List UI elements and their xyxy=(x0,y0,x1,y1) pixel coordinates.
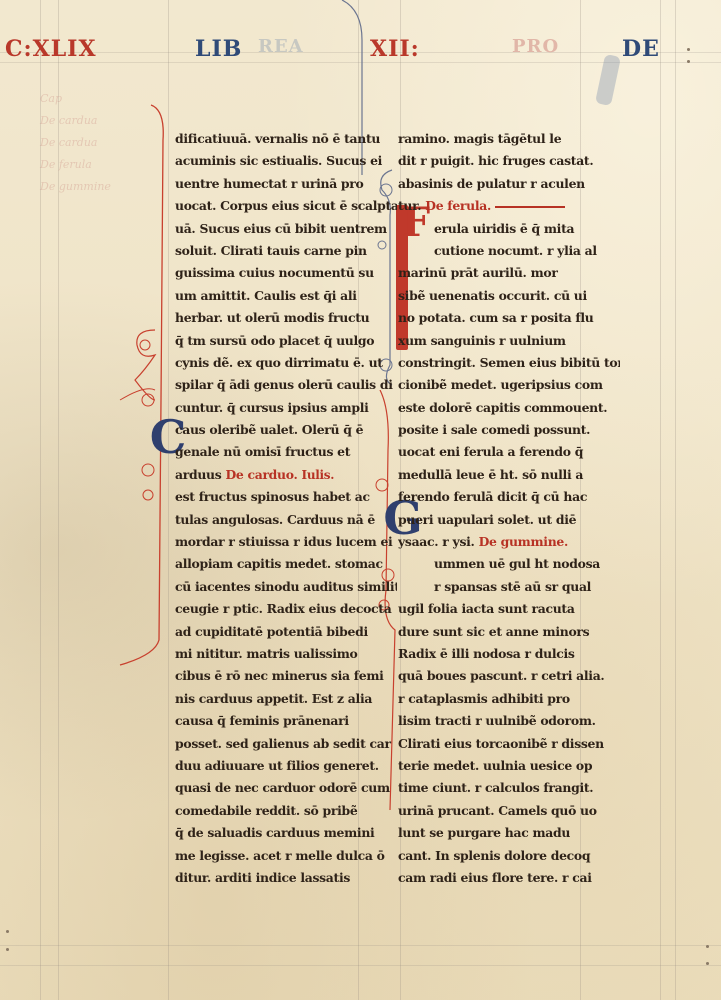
text-line: me legisse. acet r melle dulca ō xyxy=(175,845,397,867)
text-line: cū iacentes sinodu auditus similit xyxy=(175,576,397,598)
text-line: abasinis de pulatur r aculen xyxy=(398,173,620,195)
text-line: lunt se purgare hac madu xyxy=(398,822,620,844)
text-line: r spansas stē aū sr qual xyxy=(398,576,620,598)
text-line: causa q̄ feminis prānenari xyxy=(175,710,397,732)
text-line: nis carduus appetit. Est z alia xyxy=(175,688,397,710)
text-line: marinū prāt aurilū. mor xyxy=(398,262,620,284)
text-line: sibẽ uenenatis occurit. cū ui xyxy=(398,285,620,307)
text-line: uocat. Corpus eius sicut ē scalpta xyxy=(175,195,397,217)
text-line: erula uiridis ē q̄ mita xyxy=(398,218,620,240)
chapter-heading-line: arduus De carduo. Iulis. xyxy=(175,464,397,486)
text-line: ceugie r ptic. Radix eius decocta xyxy=(175,598,397,620)
text-line: uā. Sucus eius cū bibit uentrem xyxy=(175,218,397,240)
text-line: genale nū omisī fructus et xyxy=(175,441,397,463)
bleed-through-text: REA xyxy=(258,36,304,57)
text-line: ramino. magis tāgētul le xyxy=(398,128,620,150)
text-line: spilar q̄ ādi genus olerū caulis di xyxy=(175,374,397,396)
rubric-heading: De carduo. xyxy=(225,467,297,482)
ruling-line xyxy=(0,945,721,946)
text-line: tulas angulosas. Carduus nā ē xyxy=(175,509,397,531)
text-line: quā boues pascunt. r cetri alia. xyxy=(398,665,620,687)
marginal-note: De gummine xyxy=(40,176,120,198)
marginal-index: Cap De cardua De cardua De ferula De gum… xyxy=(40,88,120,198)
text-line: q̄ tm sursū odo placet q̄ uulgo xyxy=(175,330,397,352)
text-line: ad cupiditatē potentiā bibedi xyxy=(175,621,397,643)
text-line: posite i sale comedi possunt. xyxy=(398,419,620,441)
text-line: dure sunt sic et anne minors xyxy=(398,621,620,643)
text-line: um amittit. Caulis est q̄i ali xyxy=(175,285,397,307)
pricking-hole xyxy=(6,930,9,933)
text-line: herbar. ut olerū modis fructu xyxy=(175,307,397,329)
rubric-heading-ferula: De ferula. xyxy=(425,198,491,213)
text-column-right: ramino. magis tāgētul le dit r puigit. h… xyxy=(398,128,620,889)
rubric-heading-gummi: De gummine. xyxy=(479,534,568,549)
chapter-number: C:XLIX xyxy=(5,36,97,62)
text-line: cibus ē rō nec minerus sia femi xyxy=(175,665,397,687)
text-line: ditur. arditi indice lassatis xyxy=(175,867,397,889)
text-line: xum sanguinis r uulnium xyxy=(398,330,620,352)
text-line: caus oleribẽ ualet. Olerū q̄ ē xyxy=(175,419,397,441)
ruling-line xyxy=(675,0,676,1000)
text-line: cant. In splenis dolore decoq xyxy=(398,845,620,867)
text-line: lisim tracti r uulnibẽ odorom. xyxy=(398,710,620,732)
ruling-line xyxy=(0,965,721,966)
text-line: mordar r stiuissa r idus lucem ei xyxy=(175,531,397,553)
text-line: cutione nocumt. r ylia al xyxy=(398,240,620,262)
rubric-note: Iulis. xyxy=(302,468,335,482)
text-column-left: dificatiuuā. vernalis nō ē tantu acumini… xyxy=(175,128,397,889)
ruling-line xyxy=(660,0,661,1000)
text-line: constringit. Semen eius bibitū tor xyxy=(398,352,620,374)
text-line: mi nititur. matris ualissimo xyxy=(175,643,397,665)
text-line: r cataplasmis adhibiti pro xyxy=(398,688,620,710)
text-line: dit r puigit. hic fruges castat. xyxy=(398,150,620,172)
red-penwork-flourish-left xyxy=(115,100,175,680)
section-heading-line: tur. De ferula. xyxy=(398,195,620,217)
text-line: medullā leue ē ht. sō nulli a xyxy=(398,464,620,486)
text-line: ugil folia iacta sunt racuta xyxy=(398,598,620,620)
text-line: uentre humectat r urinā pro xyxy=(175,173,397,195)
marginal-note: De ferula xyxy=(40,154,120,176)
book-label: LIB xyxy=(195,36,242,62)
text-line: duu adiuuare ut filios generet. xyxy=(175,755,397,777)
pricking-hole xyxy=(706,945,709,948)
text-line: urinā prucant. Camels quō uo xyxy=(398,800,620,822)
marginal-note: De cardua xyxy=(40,132,120,154)
heading-text: arduus xyxy=(175,467,221,482)
text-line: Radix ē illi nodosa r dulcis xyxy=(398,643,620,665)
text-line: cynis dẽ. ex quo dirrimatu ē. ut xyxy=(175,352,397,374)
marginal-note: De cardua xyxy=(40,110,120,132)
text-line: q̄ de saluadis carduus memini xyxy=(175,822,397,844)
bleed-through-text: PRO xyxy=(512,36,559,57)
text-line: quasi de nec carduor odorē cum xyxy=(175,777,397,799)
section-heading-line: ysaac. r ysi. De gummine. xyxy=(398,531,620,553)
text-line: allopiam capitis medet. stomac xyxy=(175,553,397,575)
text-line: dificatiuuā. vernalis nō ē tantu xyxy=(175,128,397,150)
pricking-hole xyxy=(706,962,709,965)
text-fragment: ysaac. r ysi. xyxy=(398,534,475,549)
text-line: comedabile reddit. sō pribẽ xyxy=(175,800,397,822)
pricking-hole xyxy=(6,948,9,951)
text-line: terie medet. uulnia uesice op xyxy=(398,755,620,777)
rubric-line-filler xyxy=(495,206,565,208)
text-line: no potata. cum sa r posita flu xyxy=(398,307,620,329)
text-line: cionibẽ medet. ugeripsius com xyxy=(398,374,620,396)
text-line: cuntur. q̄ cursus ipsius ampli xyxy=(175,397,397,419)
marginal-note: Cap xyxy=(40,88,120,110)
text-line: posset. sed galienus ab sedit car xyxy=(175,733,397,755)
text-line: ummen uē gul ht nodosa xyxy=(398,553,620,575)
text-line: cam radi eius flore tere. r cai xyxy=(398,867,620,889)
text-line: guissima cuius nocumentū su xyxy=(175,262,397,284)
text-line: este dolorē capitis commouent. xyxy=(398,397,620,419)
text-fragment: tur. xyxy=(398,198,421,213)
text-line: acuminis sic estiualis. Sucus ei xyxy=(175,150,397,172)
text-line: soluit. Clirati tauis carne pin xyxy=(175,240,397,262)
text-line: pueri uapulari solet. ut diē xyxy=(398,509,620,531)
text-line: time ciunt. r calculos frangit. xyxy=(398,777,620,799)
text-line: est fructus spinosus habet ac xyxy=(175,486,397,508)
text-line: ferendo ferulā dicit q̄ cū hac xyxy=(398,486,620,508)
text-line: uocat eni ferula a ferendo q̄ xyxy=(398,441,620,463)
text-line: Clirati eius torcaonibẽ r dissen xyxy=(398,733,620,755)
heading-word: DE xyxy=(622,36,660,62)
